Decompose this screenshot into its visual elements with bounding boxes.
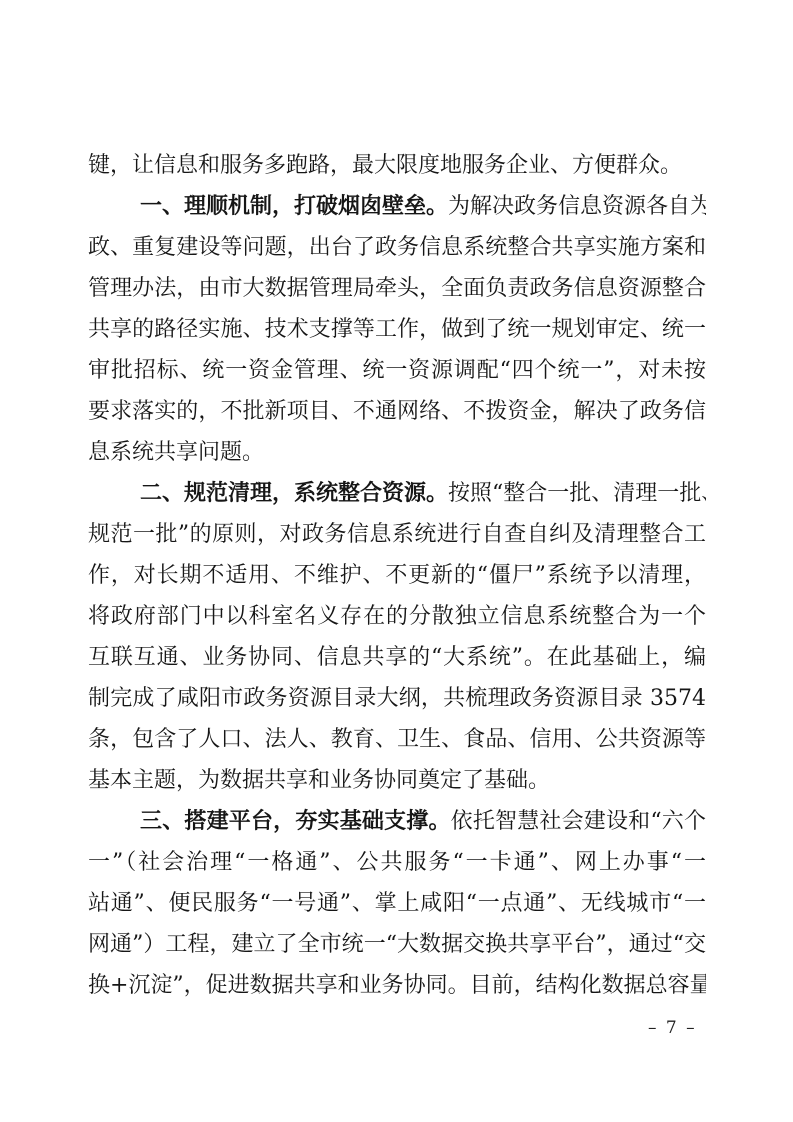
text-line: 审批招标、统一资金管理、统一资源调配“四个统一”，对未按 [88, 350, 706, 391]
text-line: 政、重复建设等问题，出台了政务信息系统整合共享实施方案和 [88, 227, 706, 268]
body-text: 按照“整合一批、清理一批、 [448, 481, 706, 506]
body-text: 网通”）工程，建立了全市统一“大数据交换共享平台”，通过“交 [88, 932, 706, 957]
text-line: 息系统共享问题。 [88, 432, 706, 473]
body-text: 制完成了咸阳市政务资源目录大纲，共梳理政务资源目录 3574 [88, 686, 706, 711]
section-heading-text: 二、规范清理，系统整合资源。 [140, 481, 448, 506]
body-text: 一”（社会治理“一格通”、公共服务“一卡通”、网上办事“一 [88, 850, 706, 875]
text-line: 要求落实的，不批新项目、不通网络、不拨资金，解决了政务信 [88, 391, 706, 432]
text-line: 一、理顺机制，打破烟囱壁垒。为解决政务信息资源各自为 [88, 186, 706, 227]
section-heading-text: 三、搭建平台，夯实基础支撑。 [140, 809, 451, 834]
body-text: 依托智慧社会建设和“六个 [451, 809, 706, 834]
text-line: 作，对长期不适用、不维护、不更新的“僵尸”系统予以清理， [88, 555, 706, 596]
body-text: 站通”、便民服务“一号通”、掌上咸阳“一点通”、无线城市“一 [88, 891, 706, 916]
text-line: 二、规范清理，系统整合资源。按照“整合一批、清理一批、 [88, 473, 706, 514]
body-text: 换+沉淀”，促进数据共享和业务协同。目前，结构化数据总容量 [88, 973, 706, 998]
text-line: 将政府部门中以科室名义存在的分散独立信息系统整合为一个 [88, 596, 706, 637]
text-line: 共享的路径实施、技术支撑等工作，做到了统一规划审定、统一 [88, 309, 706, 350]
body-text: 为解决政务信息资源各自为 [448, 194, 706, 219]
text-line: 一”（社会治理“一格通”、公共服务“一卡通”、网上办事“一 [88, 842, 706, 883]
text-line: 三、搭建平台，夯实基础支撑。依托智慧社会建设和“六个 [88, 801, 706, 842]
body-text: 管理办法，由市大数据管理局牵头，全面负责政务信息资源整合 [88, 276, 706, 301]
body-text: 政、重复建设等问题，出台了政务信息系统整合共享实施方案和 [88, 235, 706, 260]
page-number: – 7 – [648, 1018, 718, 1038]
section-heading-text: 一、理顺机制，打破烟囱壁垒。 [140, 194, 448, 219]
body-text: 息系统共享问题。 [88, 440, 264, 465]
body-text: 将政府部门中以科室名义存在的分散独立信息系统整合为一个 [88, 604, 706, 629]
text-line: 网通”）工程，建立了全市统一“大数据交换共享平台”，通过“交 [88, 924, 706, 965]
text-line: 制完成了咸阳市政务资源目录大纲，共梳理政务资源目录 3574 [88, 678, 706, 719]
body-text: 共享的路径实施、技术支撑等工作，做到了统一规划审定、统一 [88, 317, 706, 342]
text-line: 换+沉淀”，促进数据共享和业务协同。目前，结构化数据总容量 [88, 965, 706, 1006]
text-line: 基本主题，为数据共享和业务协同奠定了基础。 [88, 760, 706, 801]
text-line: 管理办法，由市大数据管理局牵头，全面负责政务信息资源整合 [88, 268, 706, 309]
text-line: 键，让信息和服务多跑路，最大限度地服务企业、方便群众。 [88, 145, 706, 186]
document-body: 键，让信息和服务多跑路，最大限度地服务企业、方便群众。一、理顺机制，打破烟囱壁垒… [88, 145, 706, 1006]
body-text: 规范一批”的原则，对政务信息系统进行自查自纠及清理整合工 [88, 522, 706, 547]
text-line: 互联互通、业务协同、信息共享的“大系统”。在此基础上，编 [88, 637, 706, 678]
body-text: 键，让信息和服务多跑路，最大限度地服务企业、方便群众。 [88, 153, 682, 178]
text-line: 条，包含了人口、法人、教育、卫生、食品、信用、公共资源等 [88, 719, 706, 760]
body-text: 基本主题，为数据共享和业务协同奠定了基础。 [88, 768, 550, 793]
text-line: 站通”、便民服务“一号通”、掌上咸阳“一点通”、无线城市“一 [88, 883, 706, 924]
body-text: 作，对长期不适用、不维护、不更新的“僵尸”系统予以清理， [88, 563, 706, 588]
text-line: 规范一批”的原则，对政务信息系统进行自查自纠及清理整合工 [88, 514, 706, 555]
body-text: 审批招标、统一资金管理、统一资源调配“四个统一”，对未按 [88, 358, 706, 383]
body-text: 条，包含了人口、法人、教育、卫生、食品、信用、公共资源等 [88, 727, 706, 752]
document-page: 键，让信息和服务多跑路，最大限度地服务企业、方便群众。一、理顺机制，打破烟囱壁垒… [0, 0, 793, 1122]
body-text: 要求落实的，不批新项目、不通网络、不拨资金，解决了政务信 [88, 399, 706, 424]
body-text: 互联互通、业务协同、信息共享的“大系统”。在此基础上，编 [88, 645, 706, 670]
